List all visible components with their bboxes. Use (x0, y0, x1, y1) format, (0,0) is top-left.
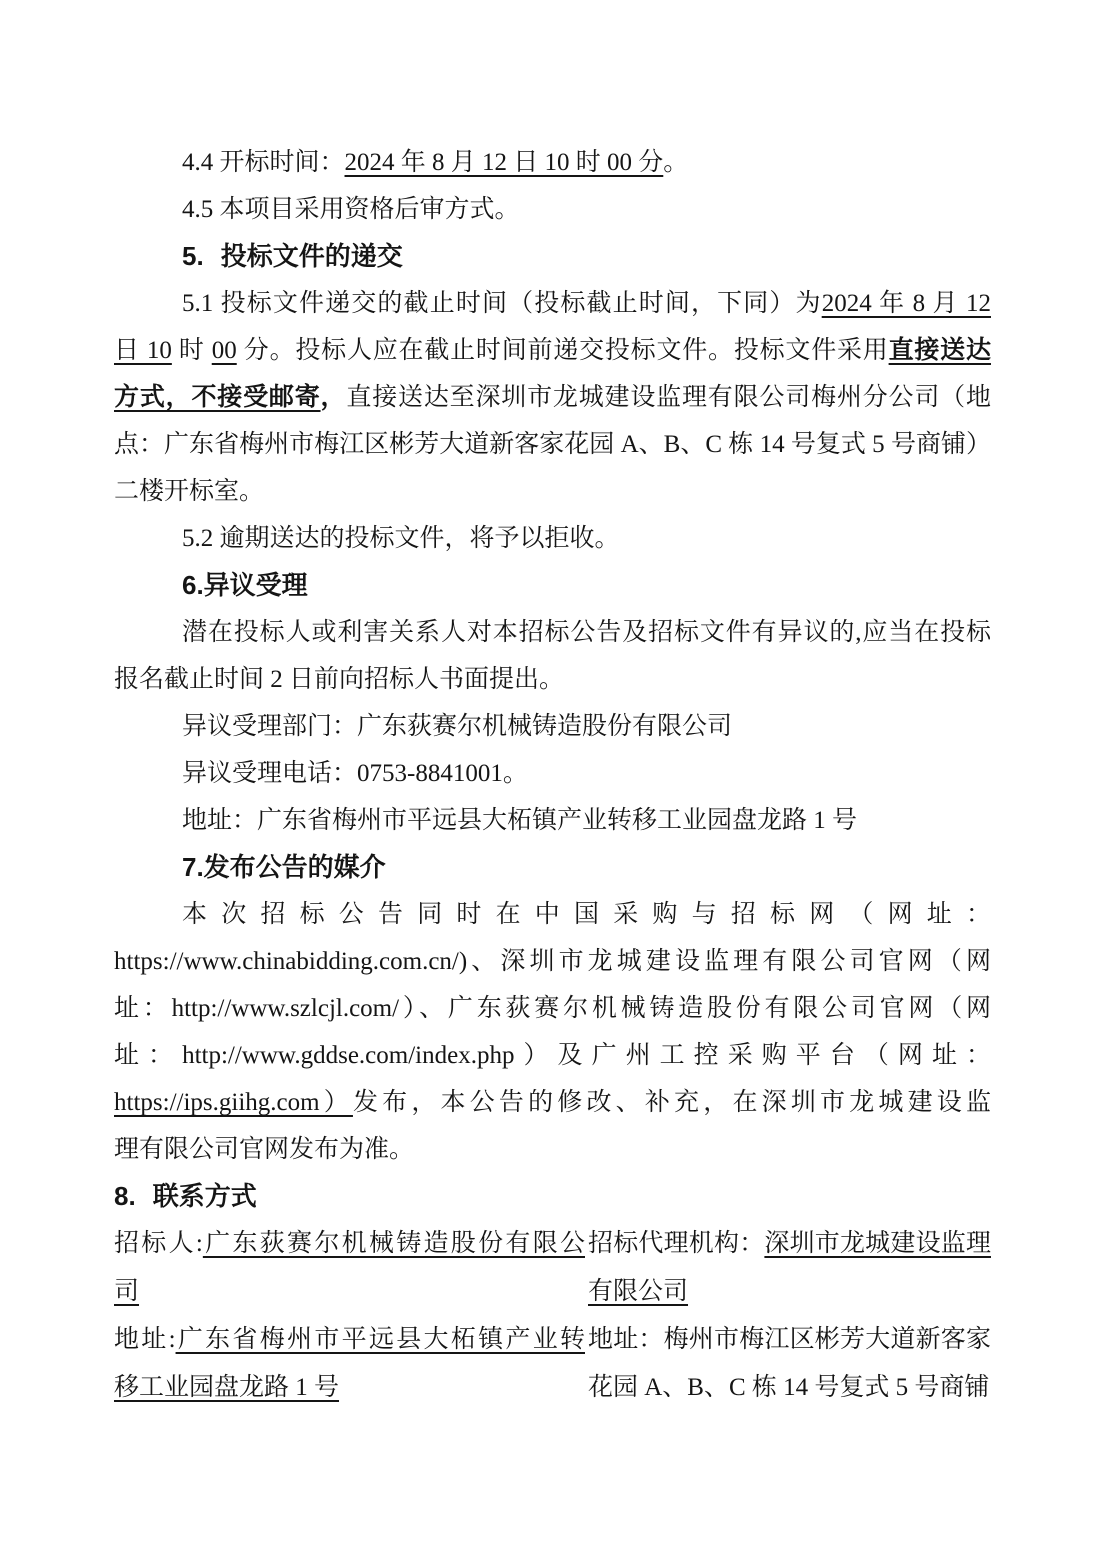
deadline-date: 2024 年 8 月 12 (822, 290, 991, 317)
line-5-1-delivery-address: 点：广东省梅州市梅江区彬芳大道新客家花园 A、B、C 栋 14 号复式 5 号商… (114, 421, 991, 468)
heading-section-6-objection: 6.异议受理 (114, 562, 991, 609)
line-5-1-delivery-method: 方式，不接受邮寄，直接送达至深圳市龙城建设监理有限公司梅州分公司（地 (114, 374, 991, 421)
agency-name-line1: 招标代理机构：深圳市龙城建设监理 (588, 1220, 991, 1268)
deadline-day: 日 10 (114, 337, 172, 364)
heading-section-8-contact: 8.联系方式 (114, 1173, 991, 1220)
agency-name-part1: 深圳市龙城建设监理 (764, 1230, 991, 1257)
line-7-media-end: 理有限公司官网发布为准。 (114, 1126, 991, 1173)
line-4-5-qualification-method: 4.5 本项目采用资格后审方式。 (114, 186, 991, 233)
line-6-objection-phone: 异议受理电话：0753-8841001。 (114, 750, 991, 797)
line-6-objection-part1: 潜在投标人或利害关系人对本招标公告及招标文件有异议的,应当在投标 (114, 609, 991, 656)
line-7-media-szlcjl-url: 址：http://www.szlcjl.com/）、广东荻赛尔机械铸造股份有限公… (114, 985, 991, 1032)
media-publish-note: 发布，本公告的修改、补充，在深圳市龙城建设监 (353, 1089, 991, 1116)
agency-label: 招标代理机构： (588, 1230, 764, 1257)
line-5-1-deadline-part2: 日 10 时 00 分。投标人应在截止时间前递交投标文件。投标文件采用直接送达 (114, 327, 991, 374)
bidder-address-line1: 地址:广东省梅州市平远县大柘镇产业转 (114, 1316, 585, 1364)
line-7-media-giihg-url: https://ips.giihg.com）发布，本公告的修改、补充，在深圳市龙… (114, 1079, 991, 1126)
line-5-1-deadline-part1: 5.1 投标文件递交的截止时间（投标截止时间，下同）为2024 年 8 月 12 (114, 280, 991, 327)
submission-instruction: 分。投标人应在截止时间前递交投标文件。投标文件采用 (237, 337, 889, 364)
direct-delivery-emphasis-1: 直接送达 (889, 336, 991, 364)
line-6-objection-part2: 报名截止时间 2 日前向招标人书面提出。 (114, 656, 991, 703)
section-5-title: 投标文件的递交 (221, 241, 403, 271)
heading-section-5-submission: 5.投标文件的递交 (114, 233, 991, 280)
document-content: 4.4 开标时间：2024 年 8 月 12 日 10 时 00 分。 4.5 … (114, 139, 991, 1412)
bidder-name-part2: 司 (114, 1278, 139, 1305)
line-4-4-bid-opening-time: 4.4 开标时间：2024 年 8 月 12 日 10 时 00 分。 (114, 139, 991, 186)
deadline-text: 5.1 投标文件递交的截止时间（投标截止时间，下同）为 (182, 290, 822, 317)
bidder-address-label: 地址: (114, 1326, 176, 1353)
document-page: 4.4 开标时间：2024 年 8 月 12 日 10 时 00 分。 4.5 … (0, 0, 1102, 1559)
line-6-objection-address: 地址：广东省梅州市平远县大柘镇产业转移工业园盘龙路 1 号 (114, 797, 991, 844)
line-5-2-late-submission: 5.2 逾期送达的投标文件，将予以拒收。 (114, 515, 991, 562)
contact-column-bidder: 招标人:广东荻赛尔机械铸造股份有限公 司 地址:广东省梅州市平远县大柘镇产业转 … (114, 1220, 585, 1412)
agency-name-part2: 有限公司 (588, 1278, 688, 1305)
bidder-name-line2: 司 (114, 1268, 585, 1316)
bid-opening-datetime: 2024 年 8 月 12 日 10 时 00 分 (345, 149, 664, 176)
bidder-label: 招标人: (114, 1230, 203, 1257)
bidder-address-part2: 移工业园盘龙路 1 号 (114, 1374, 339, 1401)
contact-column-agency: 招标代理机构：深圳市龙城建设监理 有限公司 地址：梅州市梅江区彬芳大道新客家 花… (588, 1220, 991, 1412)
direct-delivery-emphasis-2: 方式，不接受邮寄 (114, 383, 321, 411)
line-7-media-part1: 本次招标公告同时在中国采购与招标网（网址： (114, 891, 991, 938)
section-8-number: 8. (114, 1181, 136, 1211)
agency-address-line1: 地址：梅州市梅江区彬芳大道新客家 (588, 1316, 991, 1364)
bidder-address-line2: 移工业园盘龙路 1 号 (114, 1364, 585, 1412)
bidder-name-part1: 广东荻赛尔机械铸造股份有限公 (203, 1230, 585, 1257)
section-8-title: 联系方式 (153, 1181, 257, 1211)
label-bid-opening: 4.4 开标时间： (182, 149, 345, 176)
contact-section: 招标人:广东荻赛尔机械铸造股份有限公 司 地址:广东省梅州市平远县大柘镇产业转 … (114, 1220, 991, 1412)
section-5-number: 5. (182, 241, 204, 271)
bidder-address-part1: 广东省梅州市平远县大柘镇产业转 (176, 1326, 585, 1353)
period: 。 (663, 149, 688, 176)
line-7-media-chinabidding-url: https://www.chinabidding.com.cn/)、深圳市龙城建… (114, 938, 991, 985)
deadline-minute: 00 (212, 337, 237, 364)
agency-address-line2: 花园 A、B、C 栋 14 号复式 5 号商铺 (588, 1364, 991, 1412)
line-7-media-gddse-url: 址：http://www.gddse.com/index.php）及广州工控采购… (114, 1032, 991, 1079)
giihg-url: https://ips.giihg.com） (114, 1089, 353, 1116)
line-5-1-opening-room: 二楼开标室。 (114, 468, 991, 515)
heading-section-7-media: 7.发布公告的媒介 (114, 844, 991, 891)
line-6-objection-department: 异议受理部门：广东荻赛尔机械铸造股份有限公司 (114, 703, 991, 750)
deadline-hour-label: 时 (172, 337, 212, 364)
delivery-destination: 直接送达至深圳市龙城建设监理有限公司梅州分公司（地 (346, 384, 991, 411)
agency-name-line2: 有限公司 (588, 1268, 991, 1316)
bidder-name-line1: 招标人:广东荻赛尔机械铸造股份有限公 (114, 1220, 585, 1268)
bold-comma: ， (321, 383, 347, 411)
